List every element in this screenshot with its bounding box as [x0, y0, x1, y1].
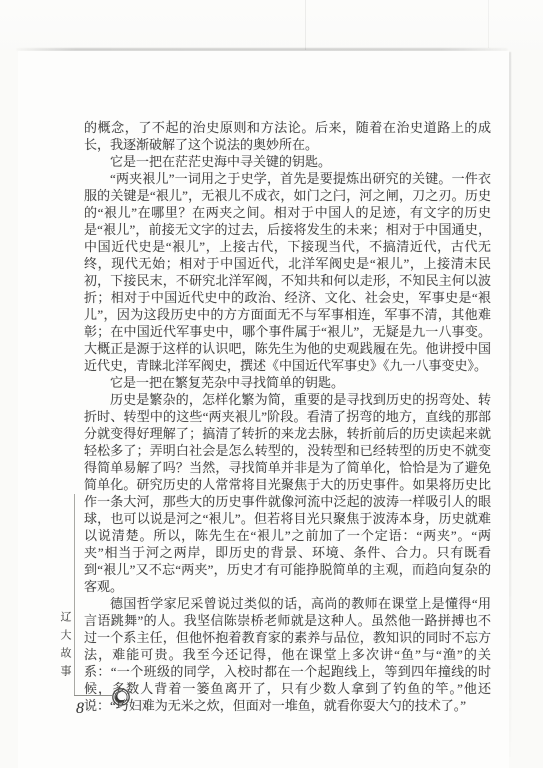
page-right-edge: [509, 52, 511, 757]
scan-artifact-line: [305, 0, 306, 50]
paragraph-key-metaphor-2: 它是一把在繁复芜杂中寻找简单的钥匙。: [84, 374, 491, 391]
margin-series-label: 辽大故事: [57, 611, 73, 683]
paragraph-key-metaphor-1: 它是一把在茫茫史海中寻关键的钥匙。: [84, 153, 491, 170]
scan-artifact-line: [488, 0, 489, 48]
page-number: 8: [76, 700, 84, 718]
paragraph-continuation: 的概念，了不起的治史原则和方法论。后来，随着在治史道路上的成长，我逐渐破解了这个…: [84, 119, 491, 153]
paragraph-liangjia-kenr: “两夹裉儿”一词用之于史学，首先是要提炼出研究的关键。一件衣服的关键是“裉儿”，…: [84, 170, 491, 374]
body-text-block: 的概念，了不起的治史原则和方法论。后来，随着在治史道路上的成长，我逐渐破解了这个…: [84, 119, 491, 714]
margin-vertical-rule: [74, 494, 75, 695]
scanned-book-page: { "document": { "body_paragraphs": [ "的概…: [0, 0, 543, 768]
margin-horizontal-rule: [74, 695, 112, 696]
crescent-medallion-icon: [110, 686, 132, 708]
paragraph-history-complexity: 历史是繁杂的，怎样化繁为简，重要的是寻找到历史的拐弯处、转折时、转型中的这些“两…: [84, 391, 491, 595]
paragraph-nietzsche-teacher: 德国哲学家尼采曾说过类似的话，高尚的教师在课堂上是懂得“用言语跳舞”的人。我坚信…: [84, 595, 491, 714]
